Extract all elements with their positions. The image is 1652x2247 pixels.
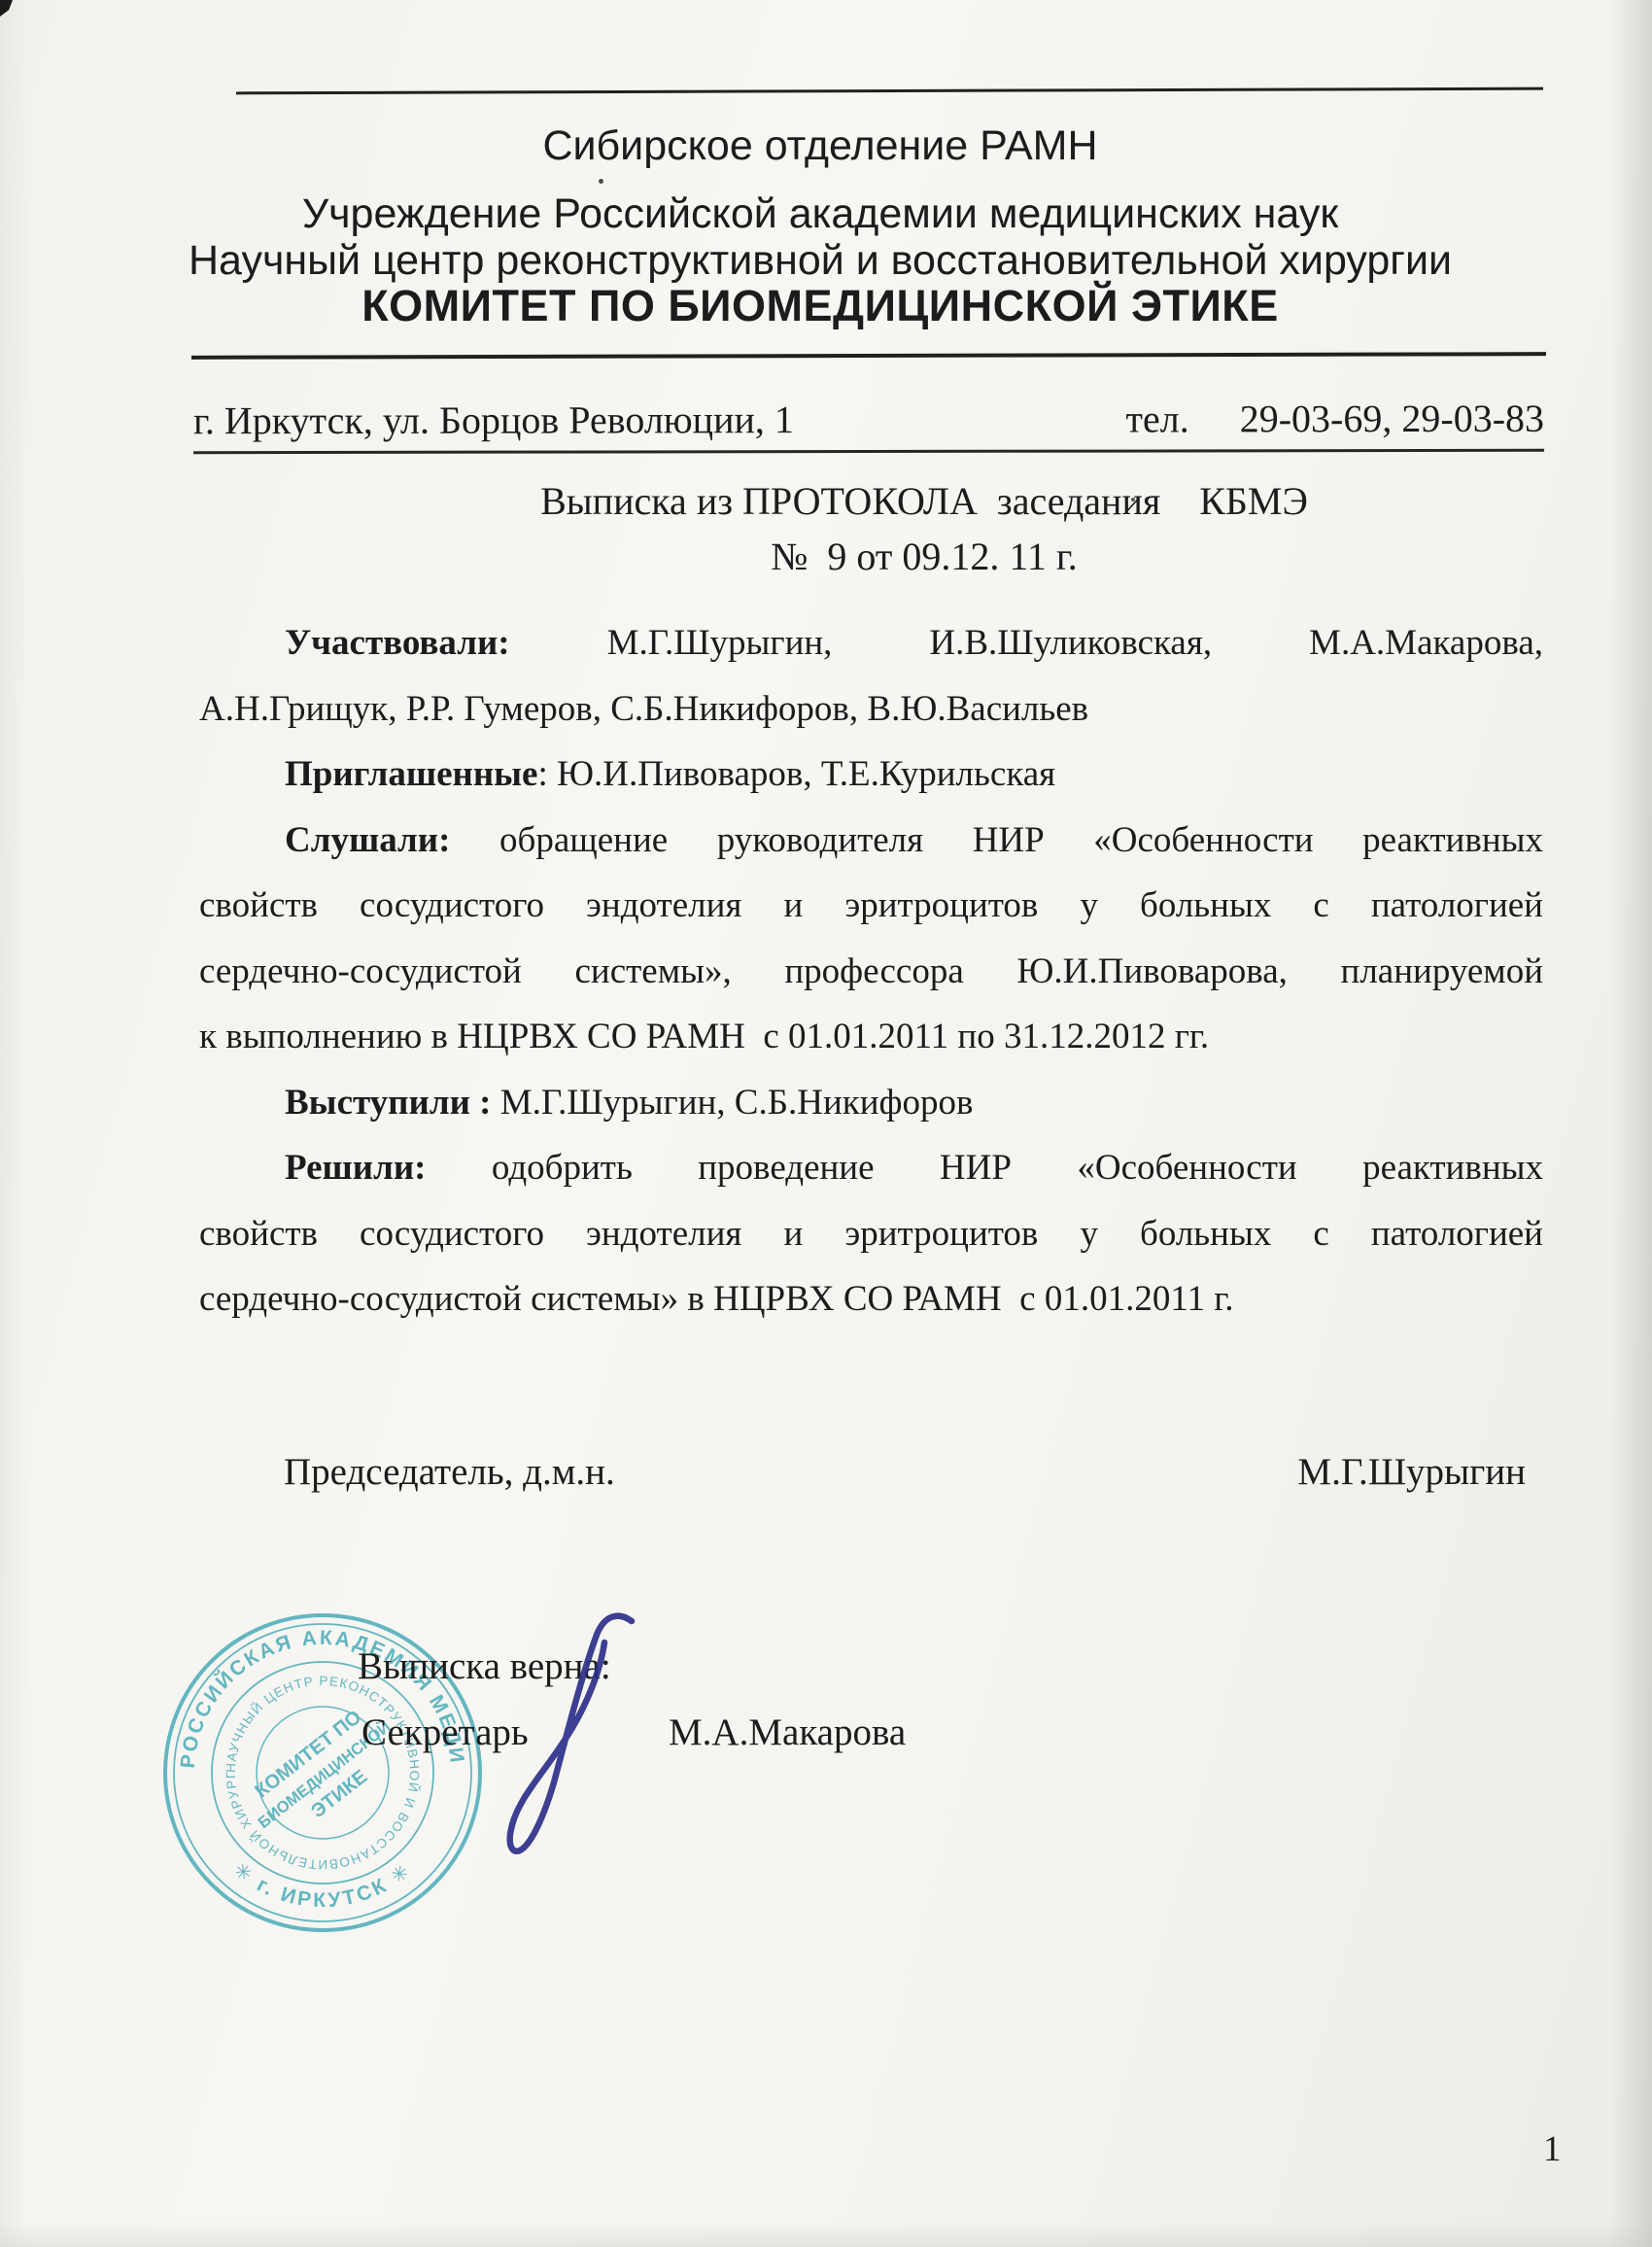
header-top-rule — [236, 87, 1543, 95]
scanned-document-page: Сибирское отделение РАМН Учреждение Росс… — [0, 0, 1652, 2247]
body-line: А.Н.Грищук, Р.Р. Гумеров, С.Б.Никифоров,… — [199, 676, 1543, 743]
chairman-signature-row: Председатель, д.м.н. М.Г.Шурыгин — [284, 1450, 1526, 1494]
body-line: свойств сосудистого эндотелия и эритроци… — [199, 1201, 1543, 1267]
protocol-number-line: № 9 от 09.12. 11 г. — [248, 534, 1600, 579]
org-institution-line: Учреждение Российской академии медицинск… — [144, 190, 1497, 238]
body-line: Приглашенные: Ю.И.Пивоваров, Т.Е.Курильс… — [199, 742, 1543, 808]
document-title: Выписка из ПРОТОКОЛА заседания КБМЭ — [248, 478, 1600, 524]
phone-label: тел. — [1125, 396, 1188, 441]
scan-artifact-corner — [0, 0, 13, 17]
phone-numbers: 29-03-69, 29-03-83 — [1240, 396, 1544, 442]
chairman-name: М.Г.Шурыгин — [1297, 1450, 1526, 1494]
body-line: Выступили : М.Г.Шурыгин, С.Б.Никифоров — [199, 1070, 1543, 1136]
org-committee-line: КОМИТЕТ ПО БИОМЕДИЦИНСКОЙ ЭТИКЕ — [144, 281, 1497, 331]
page-number: 1 — [1543, 2128, 1562, 2170]
body-line: свойств сосудистого эндотелия и эритроци… — [199, 873, 1543, 939]
handwritten-signature — [457, 1584, 690, 1895]
org-branch-line: Сибирское отделение РАМН — [144, 122, 1497, 170]
header-bottom-rule — [191, 352, 1546, 360]
phone-block: тел. 29-03-69, 29-03-83 — [1125, 396, 1544, 442]
scan-artifact-dot — [599, 179, 603, 184]
address-text: г. Иркутск, ул. Борцов Революции, 1 — [193, 397, 794, 443]
body-line: Решили: одобрить проведение НИР «Особенн… — [199, 1135, 1543, 1201]
body-line: сердечно-сосудистой системы», профессора… — [199, 939, 1543, 1005]
body-line: сердечно-сосудистой системы» в НЦРВХ СО … — [199, 1266, 1543, 1332]
chairman-label: Председатель, д.м.н. — [284, 1450, 615, 1494]
body-text: Участвовали: М.Г.Шурыгин, И.В.Шуликовска… — [199, 610, 1543, 1332]
org-center-line: Научный центр реконструктивной и восстан… — [144, 237, 1497, 285]
contact-row: г. Иркутск, ул. Борцов Революции, 1 тел.… — [193, 396, 1544, 454]
body-line: Слушали: обращение руководителя НИР «Осо… — [199, 808, 1543, 874]
body-line: к выполнению в НЦРВХ СО РАМН с 01.01.201… — [199, 1004, 1543, 1070]
secretary-name: М.А.Макарова — [669, 1711, 906, 1754]
body-line: Участвовали: М.Г.Шурыгин, И.В.Шуликовска… — [199, 610, 1543, 676]
